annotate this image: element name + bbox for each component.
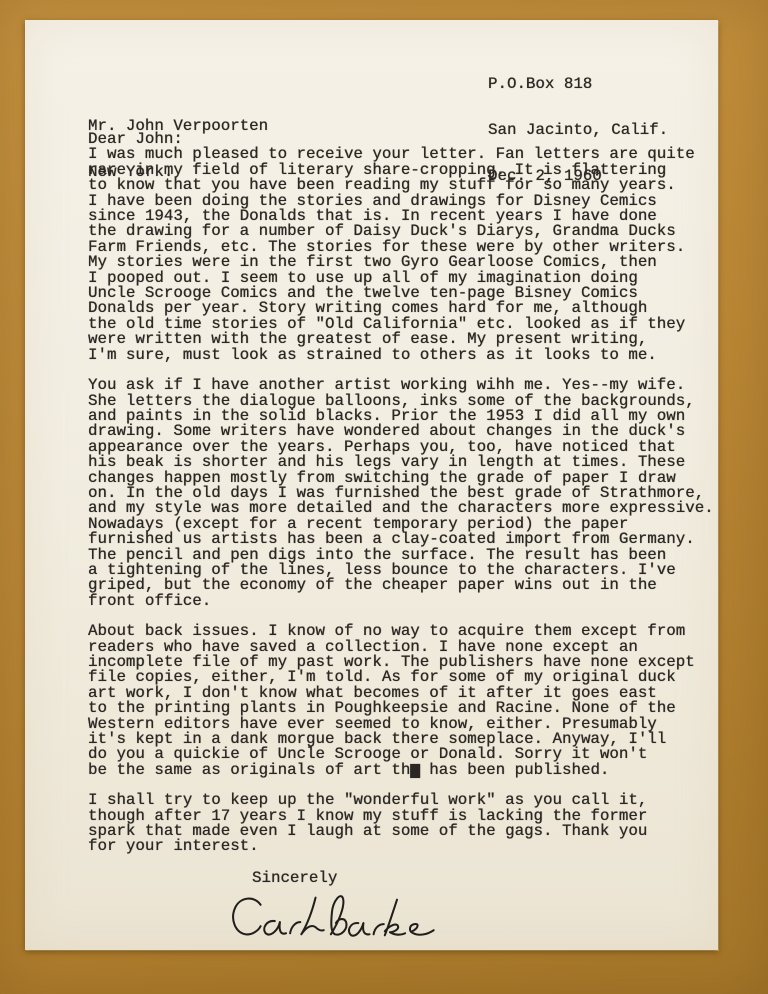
signature xyxy=(228,892,452,944)
letter-body: Dear John: I was much pleased to receive… xyxy=(88,132,736,944)
paragraph-2: You ask if I have another artist working… xyxy=(88,378,736,609)
letter-paper: P.O.Box 818 San Jacinto, Calif. Dec. 2, … xyxy=(25,20,718,950)
sender-address-line: P.O.Box 818 xyxy=(488,77,668,92)
photo-mount: P.O.Box 818 San Jacinto, Calif. Dec. 2, … xyxy=(0,0,768,994)
paragraph-3: About back issues. I know of no way to a… xyxy=(88,624,736,778)
paragraph-1: I was much pleased to receive your lette… xyxy=(88,147,736,363)
closing: Sincerely xyxy=(252,871,736,886)
paragraph-4: I shall try to keep up the "wonderful wo… xyxy=(88,793,736,855)
